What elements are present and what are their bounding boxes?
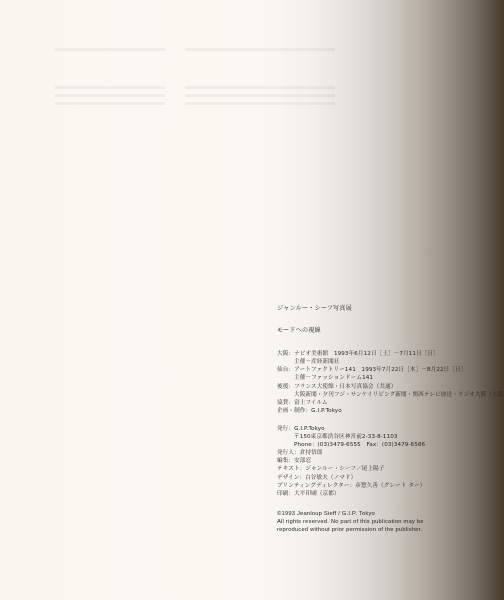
exhibition-title: ジャンルー・シーフ写真展 [277,305,497,313]
support-line: 後援：フランス大使館・日本写真協会（共通） [277,383,497,391]
copyright-line: ©1993 Jeanloup Sieff / G.I.P. Tokyo [277,510,497,518]
copyright-notice: ©1993 Jeanloup Sieff / G.I.P. Tokyo All … [277,510,497,534]
publisher-line: 発行：G.I.P.Tokyo [277,425,497,433]
publisher: 発行：G.I.P.Tokyo 〒150東京都渋谷区神宮前2-33-8-1103 … [277,425,497,449]
book-page: ジャンルー・シーフ写真展 モードへの視線 大阪：ナビオ美術館 1993年6月12… [0,0,504,600]
publisher-address: 〒150東京都渋谷区神宮前2-33-8-1103 [277,433,497,441]
copyright-line: All rights reserved. No part of this pub… [277,518,497,526]
printing: 印刷：大平印刷（京都） [277,490,497,498]
support-line: 大阪新聞・夕刊フジ・サンケイリビング新聞・関西テレビ放送・ラジオ大阪（大阪） [277,391,497,399]
planning: 企画・制作：G.I.P.Tokyo [277,407,497,415]
publisher-person: 発行人：倉持悟郎 [277,449,497,457]
publisher-contact: Phone：(03)3479-6555 Fax：(03)3479-6586 [277,441,497,449]
venue-sponsor: 主催－ファッションドーム141 [277,374,497,382]
editor: 編集：安部忍 [277,457,497,465]
exhibition-subtitle: モードへの視線 [277,327,497,335]
printing-director: プリンティングディレクター：彦惣久善（グレート ター） [277,482,497,490]
show-through-text [55,48,345,128]
text-credit: テキスト：ジャンルー・シーフ／尾上陽子 [277,465,497,473]
venue-sponsor: 主催－産経新聞社 [277,358,497,366]
venue-sendai: 仙台：アートファクトリー141 1993年7月22日［木］－8月22日［日］ 主… [277,366,497,382]
colophon: ジャンルー・シーフ写真展 モードへの視線 大阪：ナビオ美術館 1993年6月12… [277,305,497,534]
venue-osaka: 大阪：ナビオ美術館 1993年6月12日［土］－7月11日［日］ 主催－産経新聞… [277,350,497,366]
cooperation: 協賛：富士フイルム [277,399,497,407]
venue-line: 大阪：ナビオ美術館 1993年6月12日［土］－7月11日［日］ [277,350,497,358]
copyright-line: reproduced without prior permission of t… [277,526,497,534]
venue-line: 仙台：アートファクトリー141 1993年7月22日［木］－8月22日［日］ [277,366,497,374]
design-credit: デザイン：白谷敏夫（ノマド） [277,474,497,482]
support: 後援：フランス大使館・日本写真協会（共通） 大阪新聞・夕刊フジ・サンケイリビング… [277,383,497,399]
